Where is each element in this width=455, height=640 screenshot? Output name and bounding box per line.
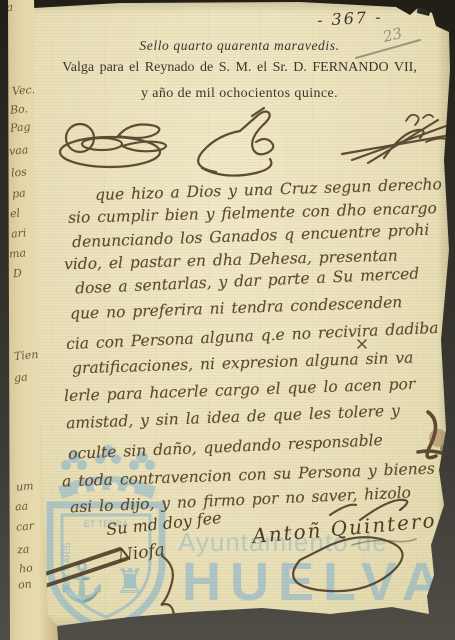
margin-text-fragment: Bo. <box>9 102 28 117</box>
crest-motto-left: POR MARIS <box>62 542 72 593</box>
manuscript-line: cia con Persona alguna q.e no recivira d… <box>66 319 439 353</box>
margin-text-fragment: ma <box>8 246 26 260</box>
margin-text-fragment: on <box>17 577 32 591</box>
ink-stroke-pair <box>36 549 126 587</box>
margin-text-fragment: aa <box>14 499 28 513</box>
margin-text-fragment: Tien <box>13 348 38 363</box>
folio-number: - 367 - <box>317 7 383 29</box>
ink-stain <box>440 445 448 453</box>
torn-corner-notch <box>417 4 432 16</box>
tower-icon: ♜ <box>115 562 145 602</box>
margin-text-fragment: Pag <box>9 120 31 135</box>
anchor-icon: ⚓ <box>58 560 105 604</box>
ink-stain <box>429 429 447 447</box>
clerk-rubric <box>160 556 175 640</box>
seal-header-line3: y año de mil ochocientos quince. <box>42 86 437 102</box>
manuscript-line: que no preferira ni tendra condescenden <box>70 293 403 323</box>
margin-text-fragment: pa <box>11 186 26 200</box>
torn-corner-notch <box>438 13 448 23</box>
margin-text-fragment: ho <box>18 561 33 575</box>
seal-header-line2: Valga para el Reynado de S. M. el Sr. D.… <box>42 60 437 76</box>
document-page: ET TERRA POR MARIS ⚓ ♜ Ayuntamiento de H… <box>0 0 455 640</box>
heavy-stroke-line10 <box>427 412 436 458</box>
x-mark <box>358 340 366 348</box>
manuscript-line: gratificaciones, ni expresion alguna sin… <box>72 349 414 378</box>
margin-text-fragment: los <box>10 165 27 179</box>
seal-header-line1: Sello quarto quarenta maravedis. <box>42 38 437 54</box>
margin-text-fragment: D <box>12 267 22 281</box>
margin-text-fragment: el <box>9 207 20 221</box>
margin-text-fragment: car <box>15 519 34 534</box>
manuscript-line: asi lo dijo, y no firmo por no saver, hi… <box>70 484 412 517</box>
clerk-signature: Niofa <box>117 540 166 566</box>
manuscript-line: amistad, y sin la idea de que les tolere… <box>66 402 400 433</box>
rubric-left <box>60 124 166 167</box>
margin-text-fragment: ari <box>10 226 26 240</box>
heavy-stroke-line11 <box>418 451 446 455</box>
manuscript-line: lerle para hacerle cargo el que lo acen … <box>64 375 416 405</box>
margin-text-fragment: um <box>15 479 34 493</box>
rubric-middle <box>198 108 273 176</box>
margin-text-fragment: vaa <box>8 143 28 158</box>
margin-text-fragment: ta <box>1 1 13 15</box>
margin-text-fragment: Vec. <box>11 83 35 98</box>
margin-text-fragment: za <box>16 542 29 556</box>
margin-text-fragment: ga <box>13 370 28 384</box>
watermark-city-name: HUELVA <box>182 551 450 613</box>
rubric-right-scribble <box>342 115 451 163</box>
manuscript-line: oculte sin daño, quedando responsable <box>68 431 383 463</box>
scanned-document-photo: ta Vec. Bo. Pag vaa los pa el ari ma D T… <box>0 0 455 640</box>
